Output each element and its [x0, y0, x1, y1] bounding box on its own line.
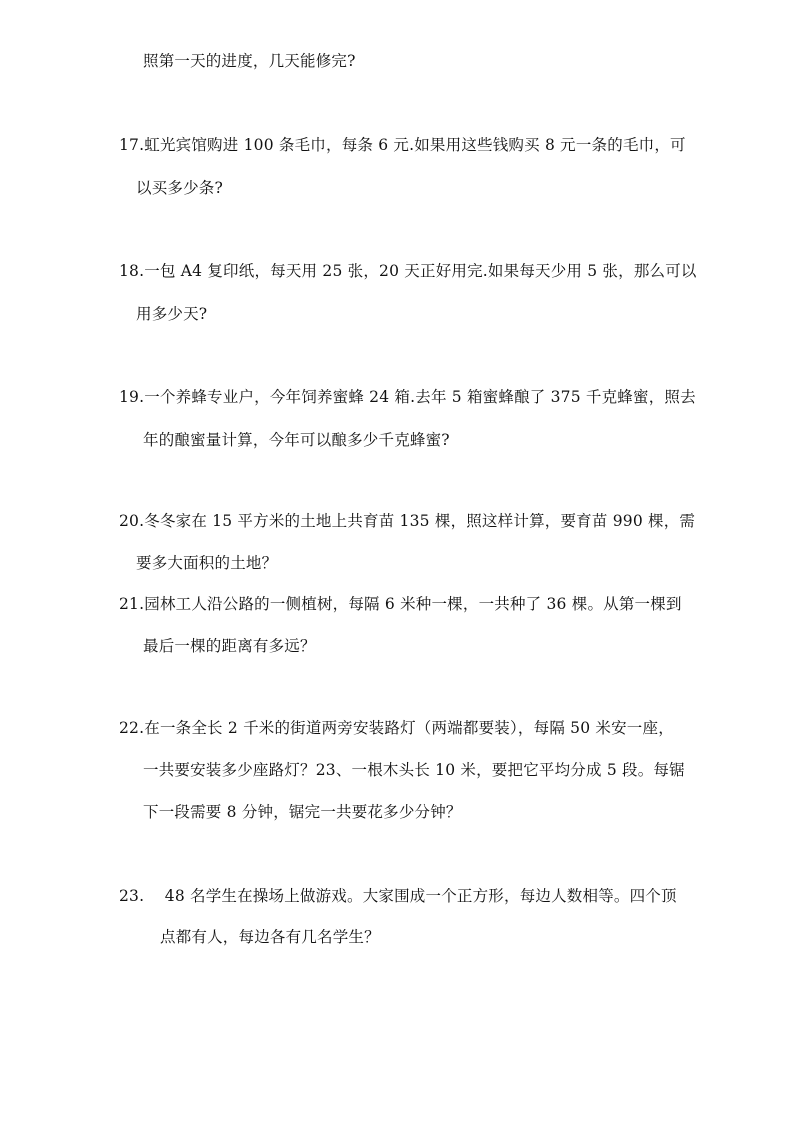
question-23-line-1: 23. 48 名学生在操场上做游戏。大家围成一个正方形，每边人数相等。四个顶: [119, 886, 677, 906]
question-21-line-2: 最后一棵的距离有多远？: [143, 636, 316, 656]
question-17-line-1: 17.虹光宾馆购进 100 条毛巾，每条 6 元.如果用这些钱购买 8 元一条的…: [119, 135, 686, 155]
question-18-line-2: 用多少天?: [136, 304, 207, 324]
question-20-line-2: 要多大面积的土地？: [136, 553, 277, 573]
question-18-line-1: 18.一包 A4 复印纸，每天用 25 张，20 天正好用完.如果每天少用 5 …: [119, 261, 697, 281]
question-19-line-2: 年的酿蜜量计算，今年可以酿多少千克蜂蜜?: [143, 430, 450, 450]
question-20-line-1: 20.冬冬家在 15 平方米的土地上共育苗 135 棵，照这样计算，要育苗 99…: [119, 511, 695, 531]
question-19-line-1: 19.一个养蜂专业户，今年饲养蜜蜂 24 箱.去年 5 箱蜜蜂酿了 375 千克…: [119, 387, 696, 407]
question-23-line-2: 点都有人，每边各有几名学生？: [160, 927, 380, 947]
question-17-line-2: 以买多少条?: [136, 178, 223, 198]
question-22-line-3: 下一段需要 8 分钟，锯完一共要花多少分钟？: [143, 802, 462, 822]
question-22-line-1: 22.在一条全长 2 千米的街道两旁安装路灯（两端都要装），每隔 50 米安一座…: [119, 718, 674, 738]
question-21-line-1: 21.园林工人沿公路的一侧植树，每隔 6 米种一棵，一共种了 36 棵。从第一棵…: [119, 594, 682, 614]
question-22-line-2: 一共要安装多少座路灯？23、一根木头长 10 米，要把它平均分成 5 段。每锯: [143, 760, 685, 780]
question-16-continuation: 照第一天的进度，几天能修完?: [143, 51, 356, 71]
